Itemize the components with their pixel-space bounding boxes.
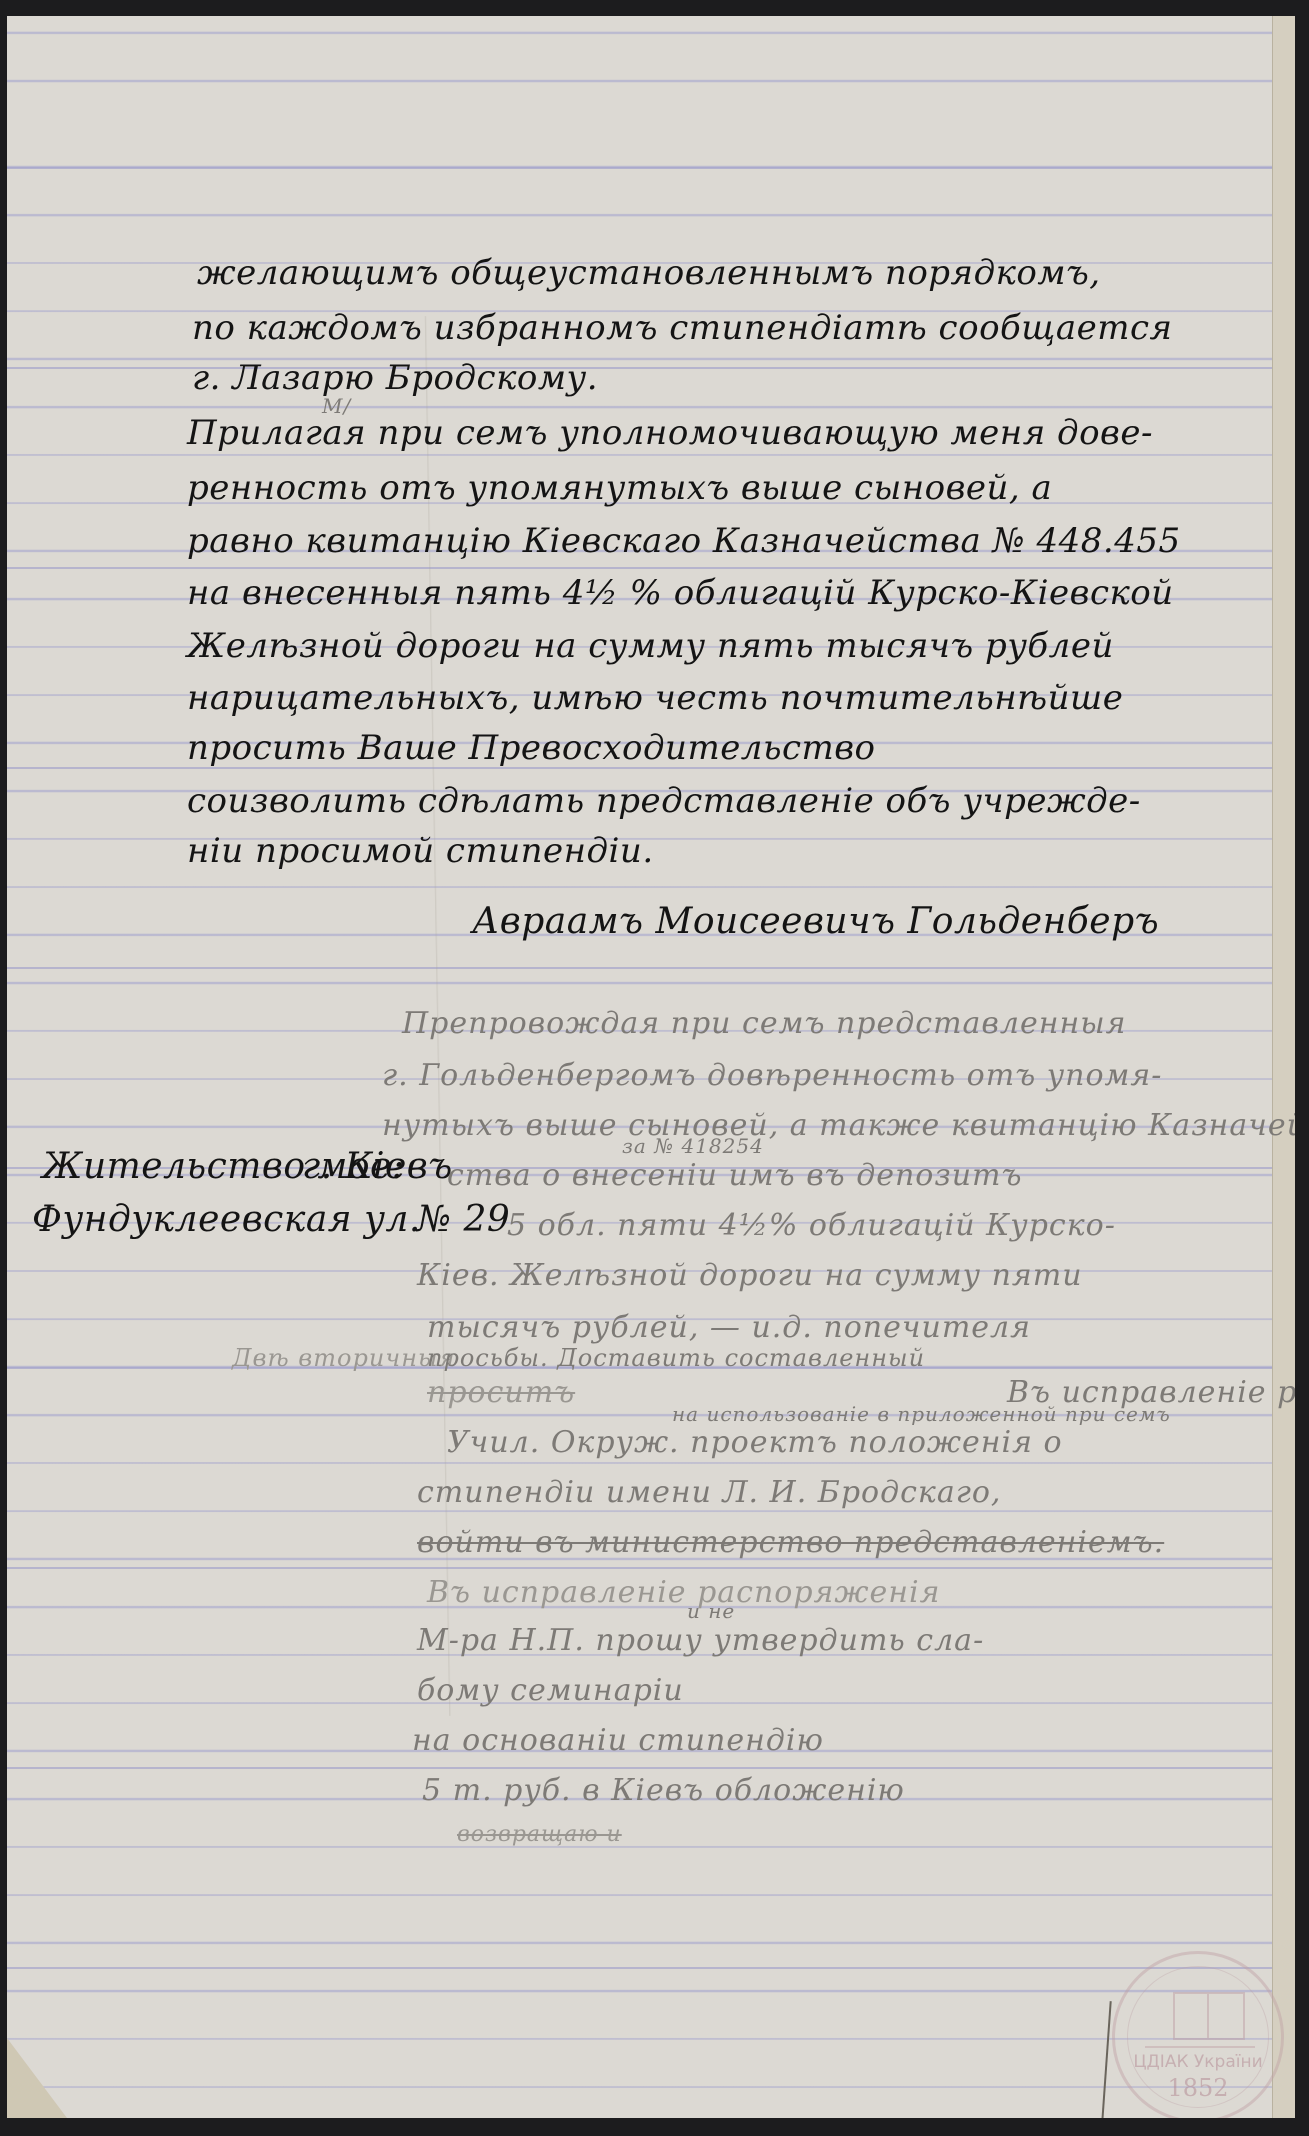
- pencil-line: Учил. Окруж. проектъ положенія о: [447, 1428, 1063, 1458]
- pencil-line: Кіев. Желѣзной дороги на сумму пяти: [417, 1261, 1083, 1291]
- open-book-icon: [1173, 1992, 1245, 2040]
- ink-line: Прилагая при семъ уполномочивающую меня …: [187, 416, 1153, 450]
- ink-line: равно квитанцію Кіевскаго Казначейства №…: [187, 524, 1181, 558]
- pencil-line: М-ра Н.П. прошу утвердить сла-: [417, 1626, 984, 1656]
- page-right-edge: [1272, 16, 1295, 2118]
- pencil-line: ства о внесеніи имъ въ депозитъ: [447, 1161, 1022, 1191]
- ink-line: соизволить сдѣлать представленіе объ учр…: [187, 784, 1141, 818]
- superscript-number: за № 418254: [622, 1136, 764, 1156]
- folded-corner: [7, 2038, 67, 2118]
- ink-line: желающимъ общеустановленнымъ порядкомъ,: [197, 256, 1101, 290]
- ink-line: г. Лазарю Бродскому.: [192, 361, 598, 395]
- address-label-street: Фундуклеевская ул.: [32, 1202, 421, 1238]
- stamp-year: 1852: [1115, 2074, 1281, 2102]
- ink-line: на внесенныя пять 4½ % облигацій Курско-…: [187, 576, 1174, 610]
- signature: Авраамъ Моисеевичъ Гольденберъ: [472, 904, 1159, 940]
- interlinear-note: просьбы. Доставить составленный: [427, 1346, 925, 1370]
- pencil-line: Въ исправленіе распоряженія: [427, 1578, 941, 1608]
- pencil-line: 5 т. руб. в Кіевъ обложенію: [422, 1776, 905, 1806]
- pencil-line: проситъ: [427, 1378, 575, 1408]
- pencil-line: Препровождая при семъ представленныя: [402, 1009, 1127, 1039]
- document-page: желающимъ общеустановленнымъ порядкомъ, …: [7, 16, 1295, 2118]
- pencil-line: возвращаю и: [457, 1824, 622, 1846]
- ink-line: Желѣзной дороги на сумму пять тысячъ руб…: [187, 629, 1114, 663]
- pencil-line: бому семинаріи: [417, 1676, 684, 1706]
- pencil-line: на основаніи стипендію: [412, 1726, 824, 1756]
- ink-line: просить Ваше Превосходительство: [187, 731, 876, 765]
- archive-stamp: ЦДІАК України 1852: [1112, 1951, 1284, 2118]
- ink-line: ренность отъ упомянутыхъ выше сыновей, а: [187, 471, 1052, 505]
- stamp-name: ЦДІАК України: [1115, 2052, 1281, 2072]
- pencil-line: стипендіи имени Л. И. Бродскаго,: [417, 1478, 1001, 1508]
- ink-line: нарицательныхъ, имѣю честь почтительнѣйш…: [187, 681, 1123, 715]
- stamp-divider: [1145, 2046, 1255, 2048]
- interlinear-note: на использованіе в приложенной при семъ: [672, 1404, 1171, 1424]
- left-margin-note: Двѣ вторичныя: [232, 1346, 455, 1370]
- pencil-line: г. Гольденбергомъ довѣренность отъ упомя…: [382, 1061, 1162, 1091]
- pencil-line: нутыхъ выше сыновей, а также квитанцію К…: [382, 1111, 1295, 1141]
- interlinear-note: и не: [687, 1601, 735, 1621]
- pencil-line: 5 обл. пяти 4½% облигацій Курско-: [507, 1211, 1116, 1241]
- pencil-line: войти въ министерство представленіемъ.: [417, 1528, 1164, 1558]
- address-number: № 29: [417, 1202, 510, 1238]
- address-city: г. Кіевъ: [302, 1149, 453, 1185]
- ink-line: по каждомъ избранномъ стипендіатѣ сообща…: [192, 311, 1173, 345]
- pencil-line: тысячъ рублей, — и.д. попечителя: [427, 1313, 1031, 1343]
- ink-line: ніи просимой стипендіи.: [187, 834, 654, 868]
